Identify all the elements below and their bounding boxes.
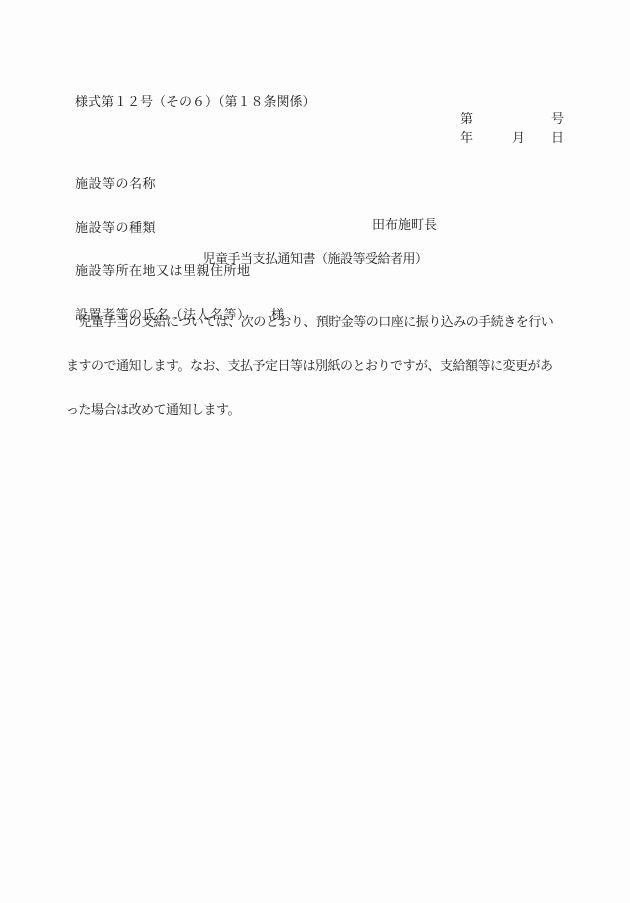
facility-name-label: 施設等の名称 xyxy=(75,175,285,193)
body-line: 児童手当の支給については、次のとおり、預貯金等の口座に振り込みの手続きを行い xyxy=(66,313,566,331)
sender-name: 田布施町長 xyxy=(372,218,437,231)
page-title: 児童手当支払通知書（施設等受給者用） xyxy=(0,252,630,265)
body-line: ますので通知します。なお、支払予定日等は別紙のとおりですが、支給額等に変更があ xyxy=(66,357,566,375)
date-line: 年 月 日 xyxy=(460,131,564,144)
facility-type-label: 施設等の種類 xyxy=(75,219,285,237)
body-paragraph: 児童手当の支給については、次のとおり、預貯金等の口座に振り込みの手続きを行い ま… xyxy=(66,287,566,445)
document-page: 様式第１２号（その６）（第１８条関係） 第 号 年 月 日 施設等の名称 施設等… xyxy=(0,0,630,903)
form-code-line: 様式第１２号（その６）（第１８条関係） xyxy=(75,95,316,108)
document-number-line: 第 号 xyxy=(460,112,564,125)
body-line: った場合は改めて通知します。 xyxy=(66,401,566,419)
